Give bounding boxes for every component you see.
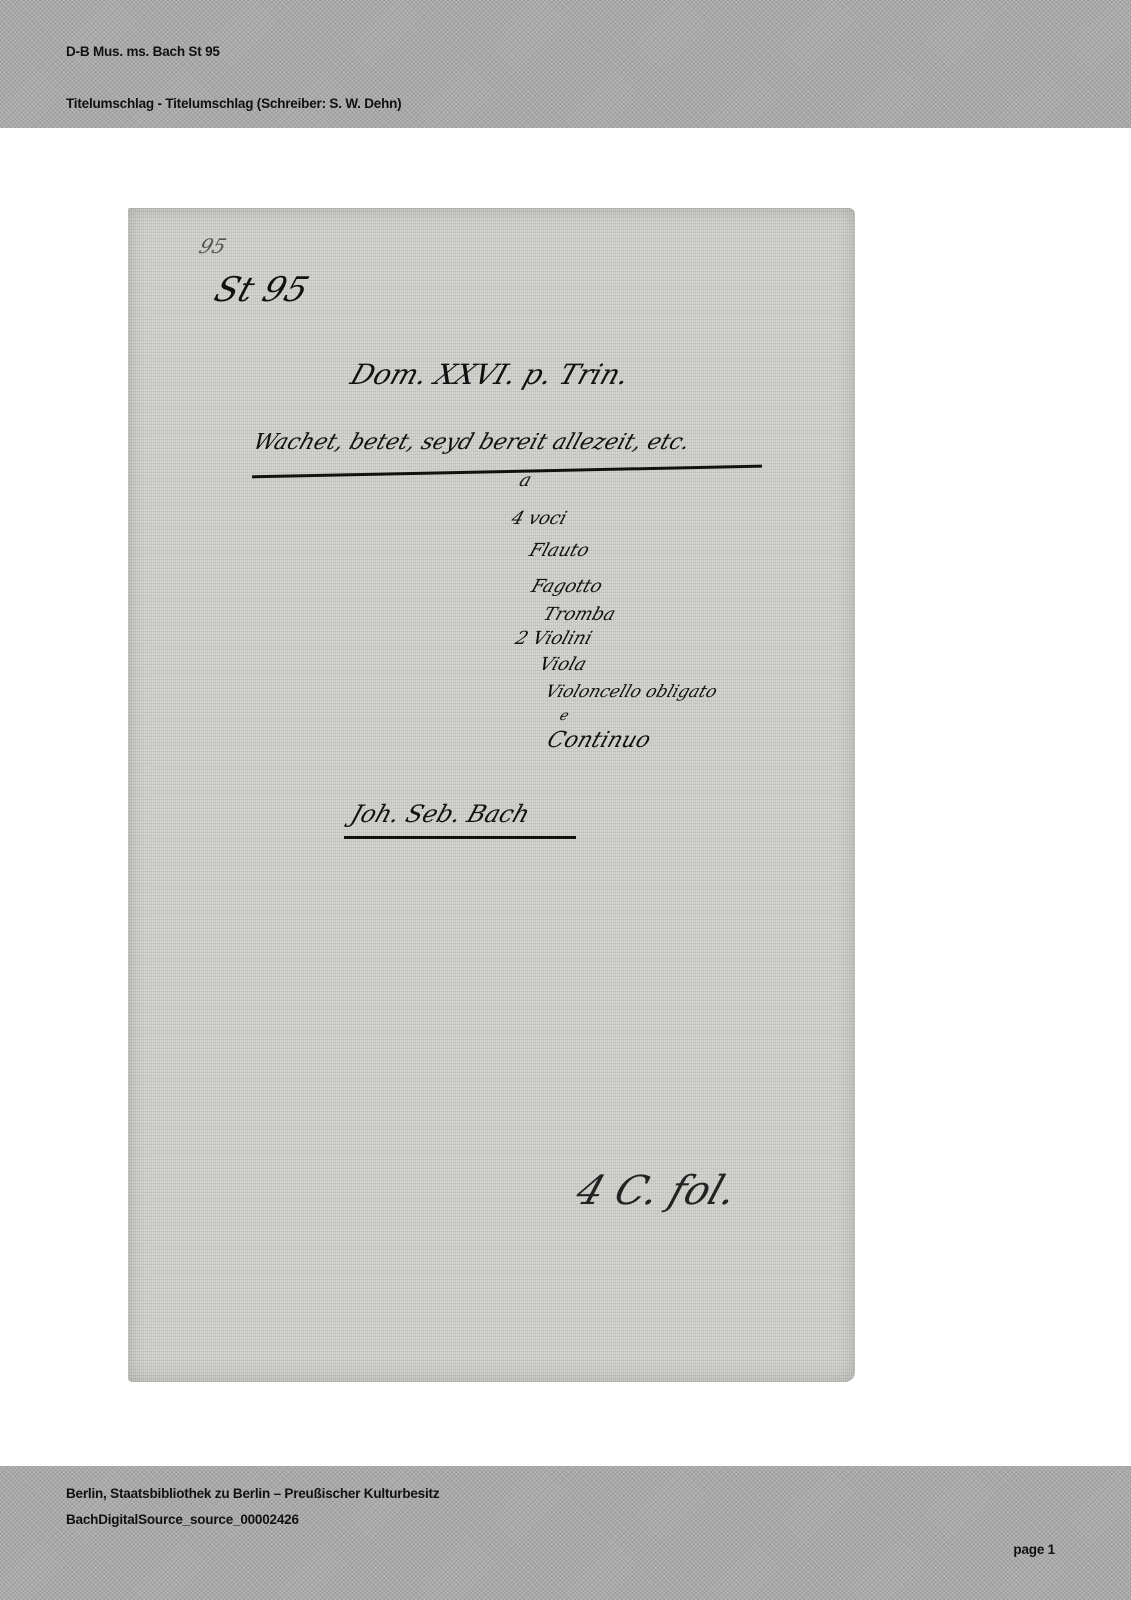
scoring-line: Viola: [537, 654, 590, 675]
scoring-line: 2 Violini: [513, 628, 595, 649]
pencil-annotation: 4 C. fol.: [571, 1168, 743, 1214]
scoring-line: Violoncello obligato: [543, 682, 720, 702]
title-underline: [252, 465, 762, 479]
shelfmark: D-B Mus. ms. Bach St 95: [66, 44, 220, 59]
institution: Berlin, Staatsbibliothek zu Berlin – Pre…: [66, 1486, 439, 1501]
old-number: 95: [196, 234, 229, 258]
scoring-line: e: [557, 708, 570, 724]
source-id: BachDigitalSource_source_00002426: [66, 1512, 299, 1527]
page-description: Titelumschlag - Titelumschlag (Schreiber…: [66, 96, 401, 111]
scoring-a: a: [517, 470, 535, 491]
page-number: page 1: [1013, 1542, 1055, 1557]
scoring-line: Tromba: [541, 604, 619, 625]
composer-name: Joh. Seb. Bach: [347, 800, 533, 828]
scoring-line: Fagotto: [529, 576, 605, 597]
work-title: Wachet, betet, seyd bereit allezeit, etc…: [250, 430, 693, 455]
scoring-line: Continuo: [544, 728, 654, 753]
scoring-line: 4 voci: [509, 508, 570, 529]
shelf-number: St 95: [210, 270, 314, 310]
manuscript-page: 95 St 95 Dom. XXVI. p. Trin. Wachet, bet…: [128, 208, 855, 1382]
composer-underline: [344, 836, 576, 839]
liturgical-occasion: Dom. XXVI. p. Trin.: [347, 358, 634, 391]
scoring-line: Flauto: [527, 540, 592, 561]
